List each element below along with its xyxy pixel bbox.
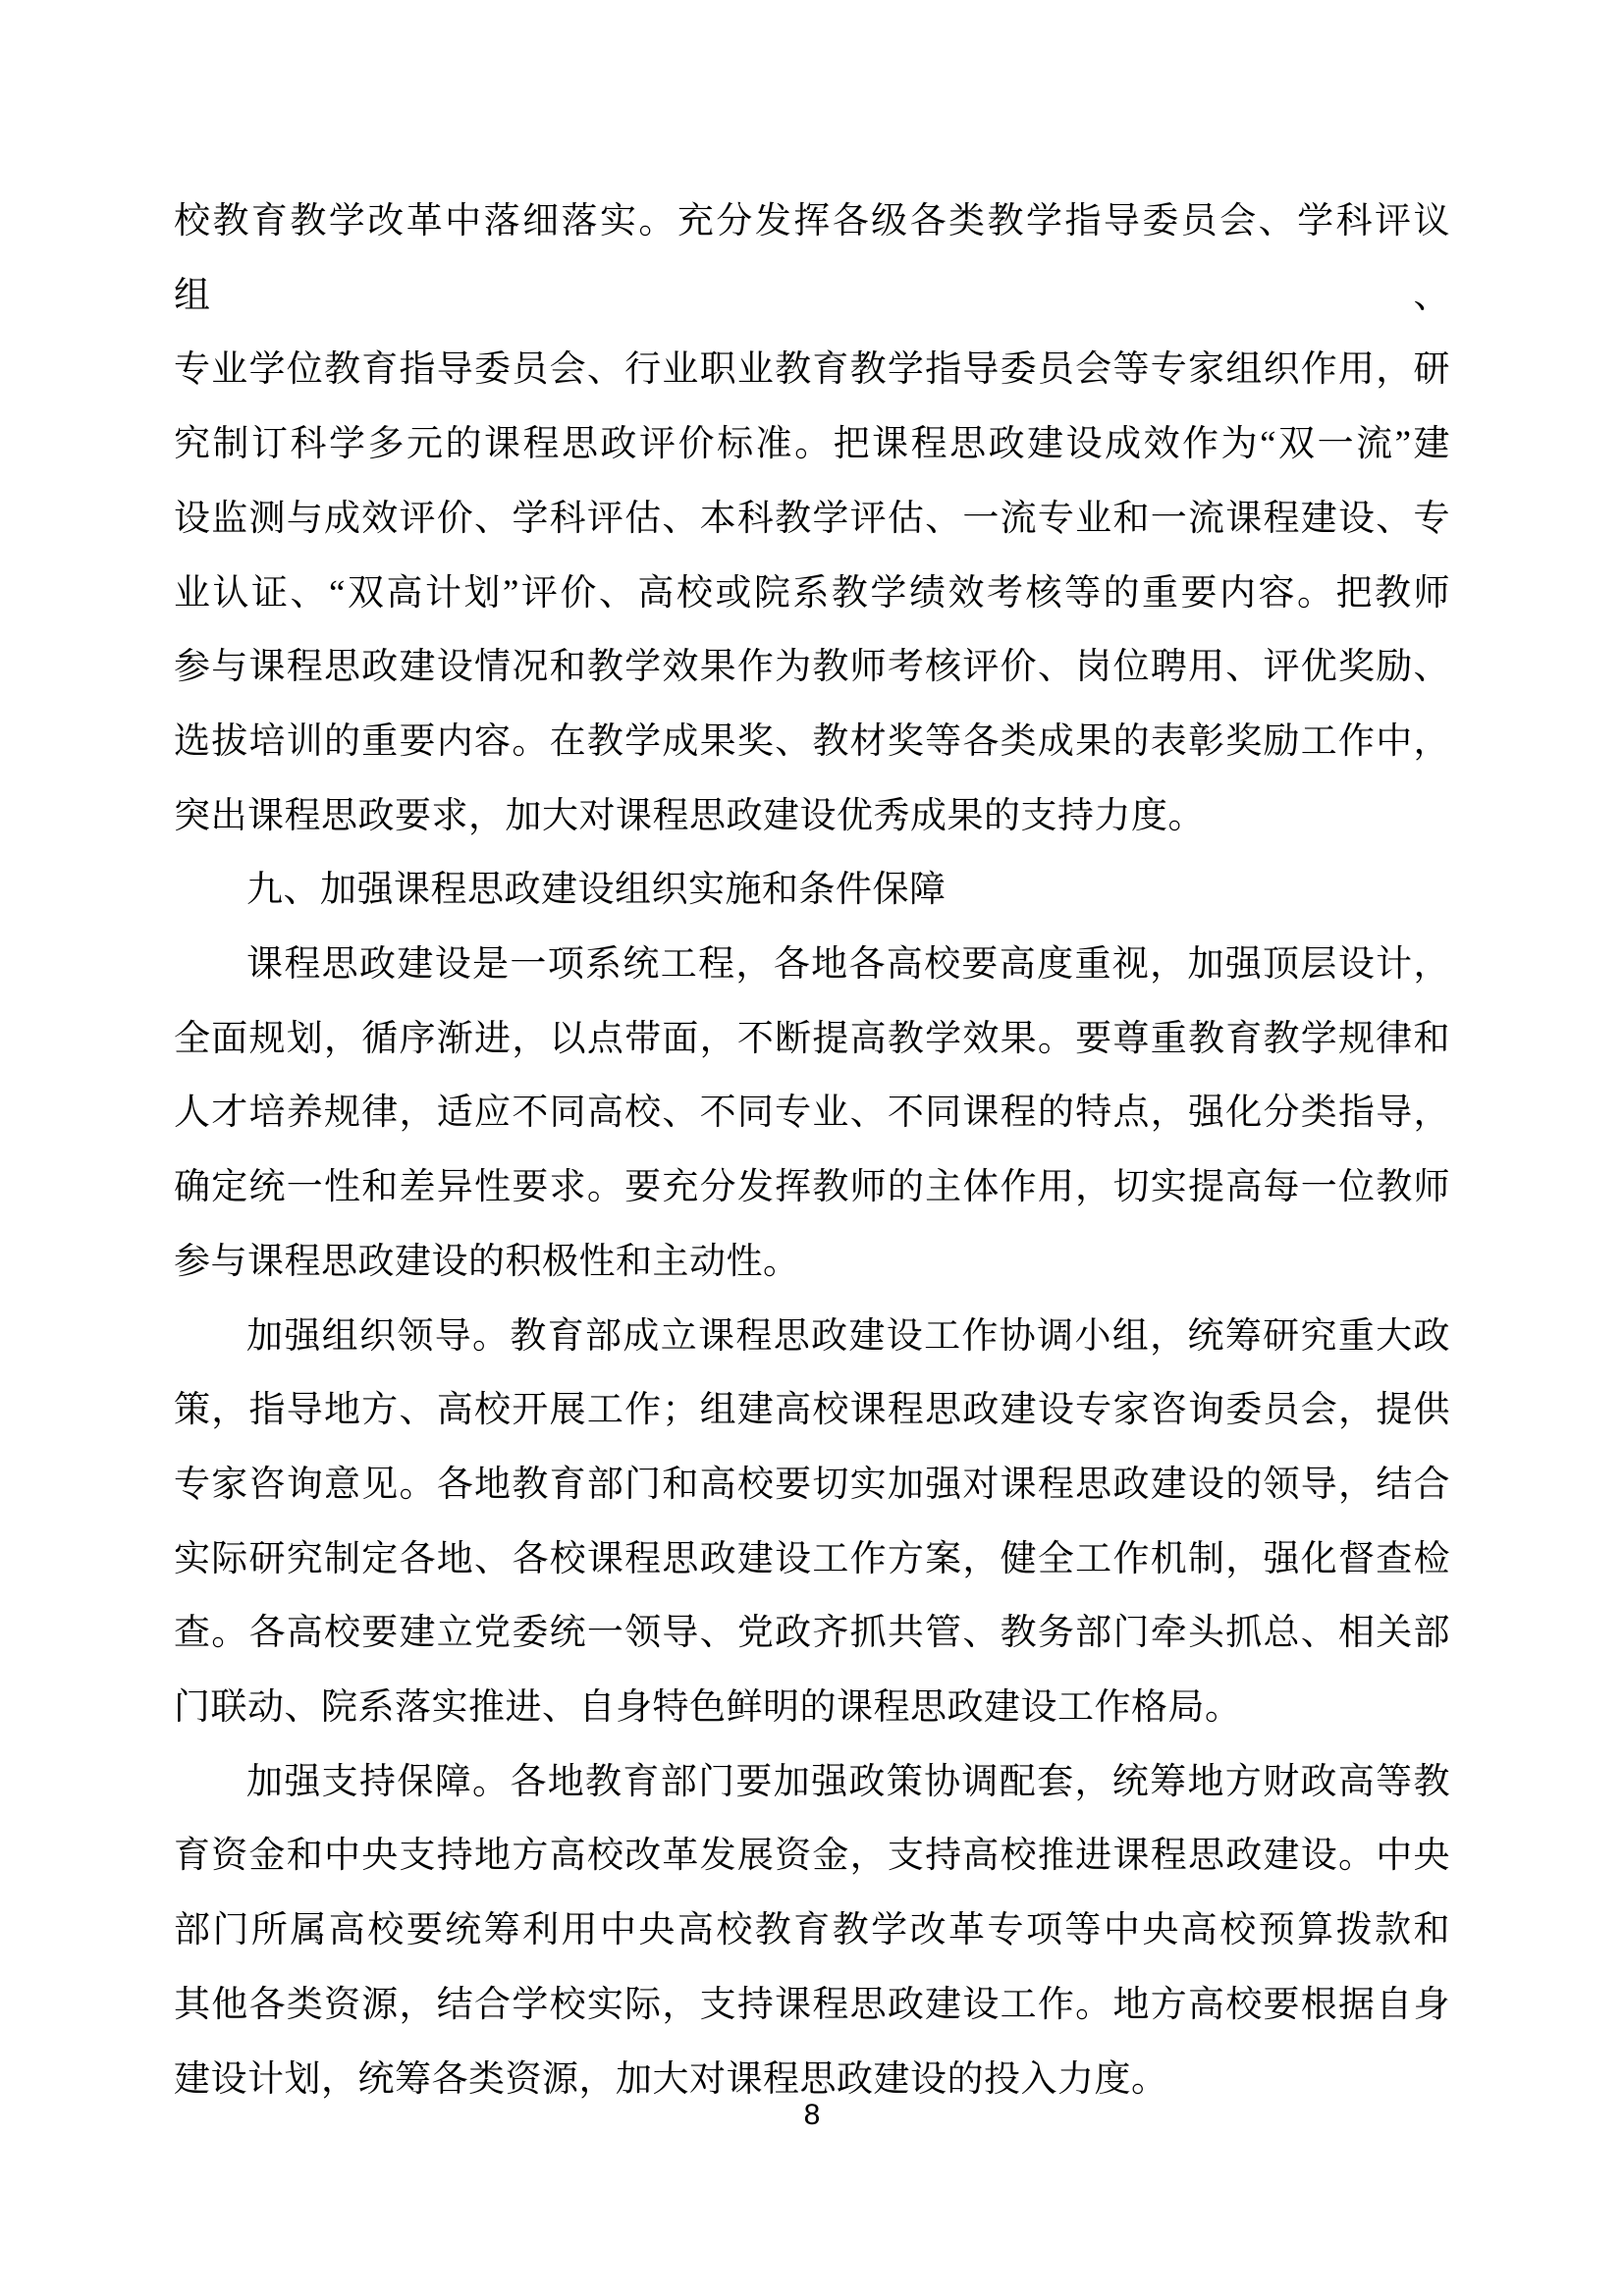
text-line: 突出课程思政要求，加大对课程思政建设优秀成果的支持力度。 xyxy=(174,779,1450,854)
text-line: 其他各类资源，结合学校实际，支持课程思政建设工作。地方高校要根据自身 xyxy=(174,1968,1450,2043)
text-line: 专业学位教育指导委员会、行业职业教育教学指导委员会等专家组织作用，研 xyxy=(174,333,1450,407)
text-line: 参与课程思政建设情况和教学效果作为教师考核评价、岗位聘用、评优奖励、 xyxy=(174,630,1450,705)
text-line: 门联动、院系落实推进、自身特色鲜明的课程思政建设工作格局。 xyxy=(174,1671,1450,1745)
page-body: 校教育教学改革中落细落实。充分发挥各级各类教学指导委员会、学科评议组、专业学位教… xyxy=(174,185,1450,2116)
text-line: 加强组织领导。教育部成立课程思政建设工作协调小组，统筹研究重大政 xyxy=(174,1300,1450,1374)
text-line: 部门所属高校要统筹利用中央高校教育教学改革专项等中央高校预算拨款和 xyxy=(174,1894,1450,1968)
text-line: 人才培养规律，适应不同高校、不同专业、不同课程的特点，强化分类指导， xyxy=(174,1076,1450,1150)
text-line: 选拔培训的重要内容。在教学成果奖、教材奖等各类成果的表彰奖励工作中， xyxy=(174,705,1450,779)
text-line: 业认证、“双高计划”评价、高校或院系教学绩效考核等的重要内容。把教师 xyxy=(174,557,1450,631)
text-line: 专家咨询意见。各地教育部门和高校要切实加强对课程思政建设的领导，结合 xyxy=(174,1448,1450,1522)
text-line: 查。各高校要建立党委统一领导、党政齐抓共管、教务部门牵头抓总、相关部 xyxy=(174,1596,1450,1671)
section-heading: 九、加强课程思政建设组织实施和条件保障 xyxy=(174,853,1450,928)
text-line: 究制订科学多元的课程思政评价标准。把课程思政建设成效作为“双一流”建 xyxy=(174,407,1450,482)
page-number: 8 xyxy=(804,2099,821,2131)
text-line: 育资金和中央支持地方高校改革发展资金，支持高校推进课程思政建设。中央 xyxy=(174,1819,1450,1894)
text-line: 策，指导地方、高校开展工作；组建高校课程思政建设专家咨询委员会，提供 xyxy=(174,1373,1450,1448)
document-page: 校教育教学改革中落细落实。充分发挥各级各类教学指导委员会、学科评议组、专业学位教… xyxy=(0,0,1624,2296)
text-line: 确定统一性和差异性要求。要充分发挥教师的主体作用，切实提高每一位教师 xyxy=(174,1150,1450,1225)
text-line: 加强支持保障。各地教育部门要加强政策协调配套，统筹地方财政高等教 xyxy=(174,1745,1450,1820)
page-footer: 8 xyxy=(0,2101,1624,2130)
text-line: 设监测与成效评价、学科评估、本科教学评估、一流专业和一流课程建设、专 xyxy=(174,482,1450,557)
text-line: 参与课程思政建设的积极性和主动性。 xyxy=(174,1225,1450,1300)
text-line: 实际研究制定各地、各校课程思政建设工作方案，健全工作机制，强化督查检 xyxy=(174,1522,1450,1597)
text-line: 全面规划，循序渐进，以点带面，不断提高教学效果。要尊重教育教学规律和 xyxy=(174,1002,1450,1077)
text-line: 课程思政建设是一项系统工程，各地各高校要高度重视，加强顶层设计， xyxy=(174,928,1450,1002)
text-line: 校教育教学改革中落细落实。充分发挥各级各类教学指导委员会、学科评议组、 xyxy=(174,185,1450,333)
